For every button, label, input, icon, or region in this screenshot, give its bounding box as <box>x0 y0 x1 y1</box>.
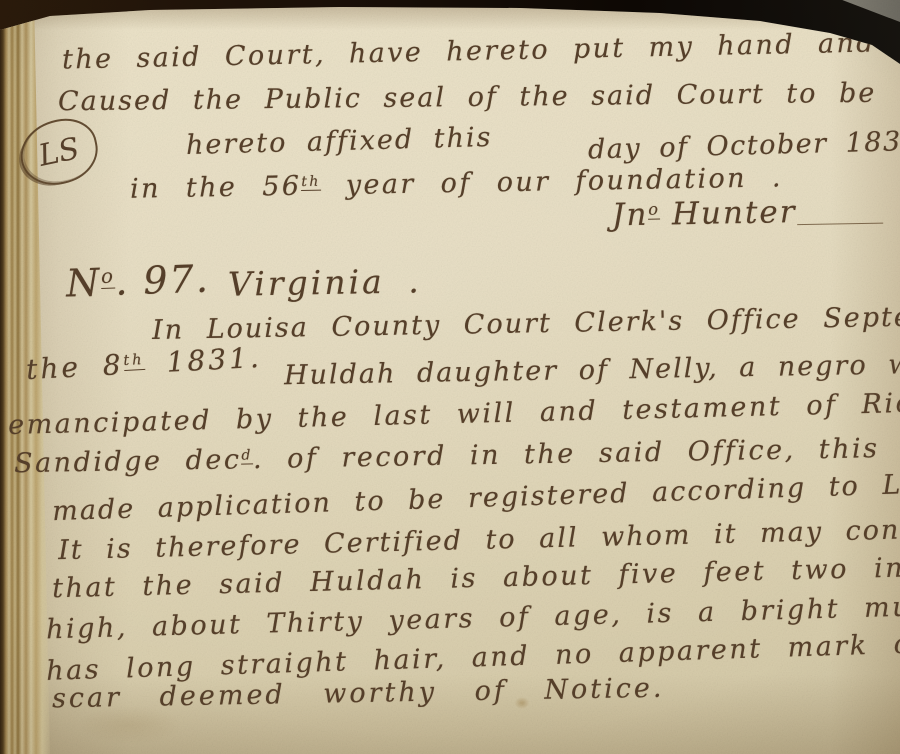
entry-line-4: Sandidge decd. of record in the said Off… <box>14 434 900 478</box>
entry-line-1-text: In Louisa County Court Clerk's Office Se… <box>152 301 900 346</box>
entry-line-4-text: Sandidge dec <box>14 444 242 479</box>
entry-number-superscript: o <box>101 267 116 289</box>
entry-number-n: N <box>65 260 102 305</box>
manuscript-page: the said Court, have hereto put my hand … <box>0 0 900 754</box>
entry-line-4-rest: . of record in the said Office, this day <box>253 432 900 475</box>
seal-mark-letters: LS <box>36 131 83 174</box>
entry-state: Virginia . <box>228 264 422 300</box>
entry-number: No. 97. <box>65 260 210 303</box>
photo-frame: the said Court, have hereto put my hand … <box>0 0 900 754</box>
entry-date-superscript: th <box>123 353 145 371</box>
cert-line-3-left: hereto affixed this <box>186 124 493 159</box>
entry-number-digits: . 97. <box>114 257 210 304</box>
cert-line-3-right: day of October 1831. <box>588 128 900 164</box>
signature-initials: Jn <box>612 197 649 234</box>
entry-line-3: emancipated by the last will and testame… <box>8 388 900 439</box>
signature-flourish <box>797 223 883 226</box>
cert-line-2: Caused the Public seal of the said Court… <box>58 80 877 116</box>
signature-superscript: o <box>648 202 660 220</box>
entry-line-4-superscript: d <box>241 448 253 464</box>
cert-line-1: the said Court, have hereto put my hand … <box>62 29 876 73</box>
entry-date-text: the 8 <box>25 348 124 386</box>
signature-surname: Hunter <box>660 194 797 232</box>
clerk-signature: Jno Hunter <box>612 196 883 232</box>
entry-date-year: 1831. <box>144 341 263 380</box>
entry-line-1: In Louisa County Court Clerk's Office Se… <box>152 303 900 344</box>
desk-corner <box>822 0 900 22</box>
entry-line-2: Huldah daughter of Nelly, a negro woman <box>284 350 900 389</box>
cert-line-4-text: in the 56 <box>130 171 302 205</box>
cert-line-4-superscript: th <box>301 175 321 191</box>
